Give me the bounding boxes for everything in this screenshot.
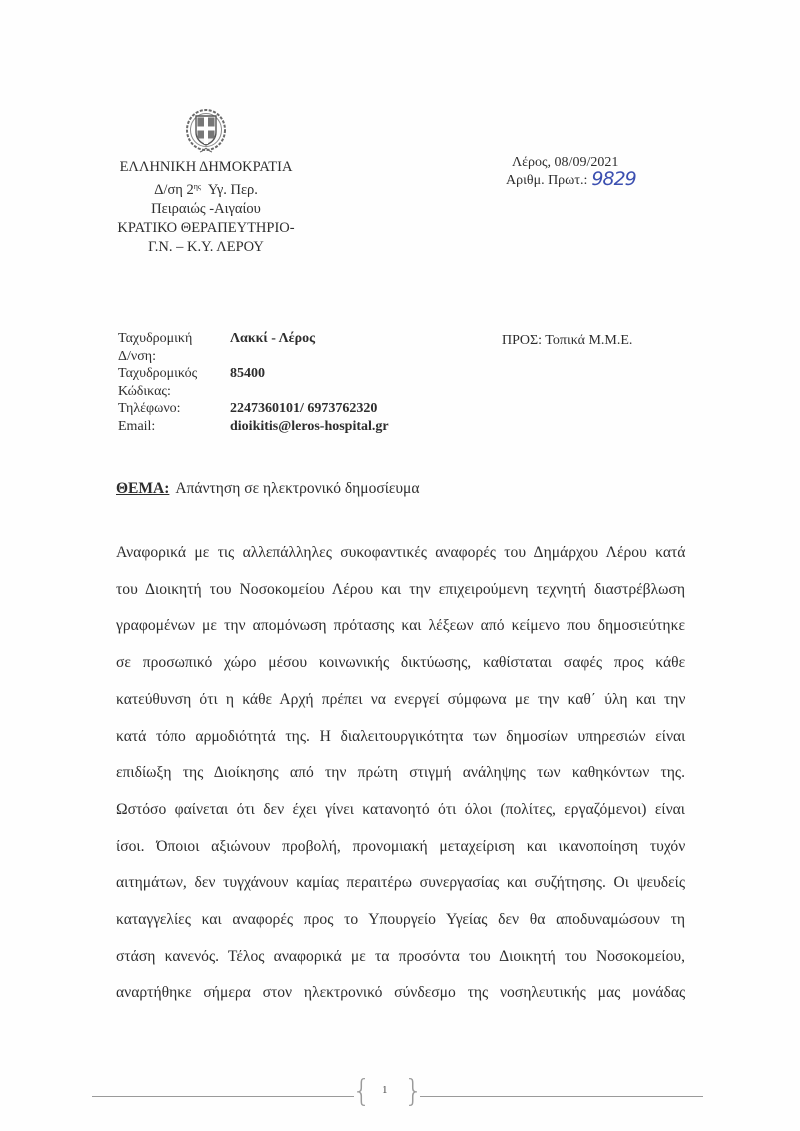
subject-text: Απάντηση σε ηλεκτρονικό δημοσίευμα — [175, 480, 419, 497]
document-meta: Λέρος, 08/09/2021 Αριθμ. Πρωτ.:9829 — [506, 154, 636, 189]
greek-coat-of-arms-icon — [185, 108, 227, 154]
protocol-row: Αριθμ. Πρωτ.:9829 — [506, 171, 636, 189]
contact-row: Δ/νση: — [118, 348, 389, 366]
body-line: κατεύθυνση ότι η κάθε Αρχή πρέπει να ενε… — [116, 682, 685, 719]
subject-label: ΘΕΜΑ: — [116, 480, 169, 497]
body-line: επιδίωξη της Διοίκησης από την πρώτη στι… — [116, 755, 685, 792]
contact-email[interactable]: dioikitis@leros-hospital.gr — [230, 418, 389, 436]
subject-line: ΘΕΜΑ:Απάντηση σε ηλεκτρονικό δημοσίευμα — [116, 480, 420, 498]
protocol-label: Αριθμ. Πρωτ.: — [506, 173, 587, 188]
body-line: σε προσωπικό χώρο μέσου κοινωνικής δικτύ… — [116, 645, 685, 682]
issuer-line-hospital: Γ.Ν. – Κ.Υ. ΛΕΡΟΥ — [112, 238, 300, 257]
contact-postal-code: 85400 — [230, 365, 265, 383]
body-line: ίσοι. Όποιοι αξιώνουν προβολή, προνομιακ… — [116, 829, 685, 866]
contact-block: ΤαχυδρομικήΛακκί - Λέρος Δ/νση: Ταχυδρομ… — [118, 330, 389, 435]
body-line: αιτημάτων, δεν τυγχάνουν καμίας περαιτέρ… — [116, 865, 685, 902]
contact-row: Τηλέφωνο:2247360101/ 6973762320 — [118, 400, 389, 418]
contact-row: Κώδικας: — [118, 383, 389, 401]
body-line: κατά τόπο αρμοδιότητά της. Η διαλειτουργ… — [116, 719, 685, 756]
body-line: Ωστόσο φαίνεται ότι δεν έχει γίνει καταν… — [116, 792, 685, 829]
footer-rule-right — [420, 1096, 703, 1097]
contact-phone: 2247360101/ 6973762320 — [230, 400, 377, 418]
page-footer: { 1 } — [92, 1077, 692, 1107]
document-page: ΕΛΛΗΝΙΚΗ ΔΗΜΟΚΡΑΤΙΑ Δ/ση 2ης Υγ. Περ. Πε… — [0, 0, 800, 1131]
body-line: Αναφορικά με τις αλλεπάλληλες συκοφαντικ… — [116, 535, 685, 572]
body-line: αναρτήθηκε σήμερα στον ηλεκτρονικό σύνδε… — [116, 975, 685, 1012]
body-line: στάση κανενός. Τέλος αναφορικά με τα προ… — [116, 939, 685, 976]
contact-row: Email:dioikitis@leros-hospital.gr — [118, 418, 389, 436]
body-line: γραφομένων με την απομόνωση πρότασης και… — [116, 608, 685, 645]
contact-row: ΤαχυδρομικήΛακκί - Λέρος — [118, 330, 389, 348]
body-paragraph: Αναφορικά με τις αλλεπάλληλες συκοφαντικ… — [116, 535, 685, 1012]
footer-rule-left — [92, 1096, 354, 1097]
issuer-block: ΕΛΛΗΝΙΚΗ ΔΗΜΟΚΡΑΤΙΑ Δ/ση 2ης Υγ. Περ. Πε… — [112, 158, 300, 257]
recipient: ΠΡΟΣ: Τοπικά Μ.Μ.Ε. — [502, 333, 632, 349]
issuer-line-institution: ΚΡΑΤΙΚΟ ΘΕΡΑΠΕΥΤΗΡΙΟ- — [112, 219, 300, 238]
right-brace-icon: } — [404, 1077, 423, 1107]
contact-address: Λακκί - Λέρος — [230, 330, 315, 348]
body-line: του Διοικητή του Νοσοκομείου Λέρου και τ… — [116, 572, 685, 609]
page-number: 1 — [382, 1084, 388, 1096]
left-brace-icon: { — [352, 1077, 371, 1107]
issuer-line-directorate: Δ/ση 2ης Υγ. Περ. — [112, 177, 300, 200]
contact-row: Ταχυδρομικός85400 — [118, 365, 389, 383]
issuer-line-country: ΕΛΛΗΝΙΚΗ ΔΗΜΟΚΡΑΤΙΑ — [112, 158, 300, 177]
protocol-number: 9829 — [591, 168, 635, 190]
issuer-line-region: Πειραιώς -Αιγαίου — [112, 200, 300, 219]
body-line: καταγγελίες και αναφορές προς το Υπουργε… — [116, 902, 685, 939]
